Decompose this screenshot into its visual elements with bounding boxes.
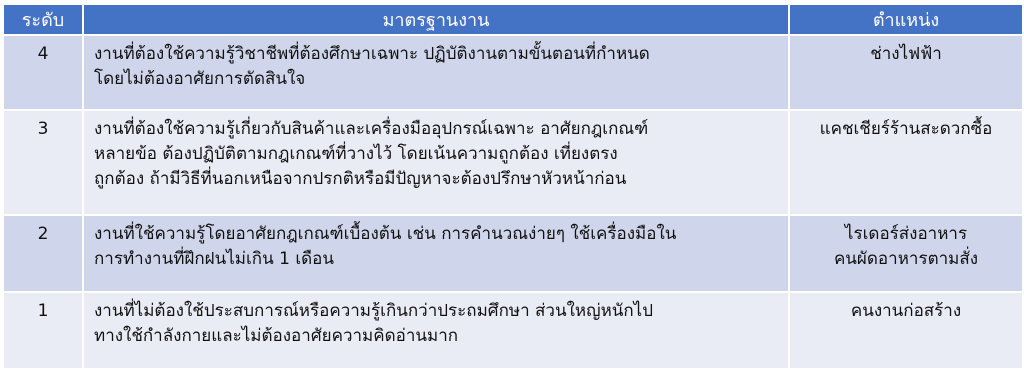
level-cell: 4 <box>3 35 83 110</box>
table-row-level-4: 4 งานที่ต้องใช้ความรู้วิชาชีพที่ต้องศึกษ… <box>3 35 1023 110</box>
standard-line: งานที่ต้องใช้ความรู้เกี่ยวกับสินค้าและเค… <box>94 117 780 142</box>
standard-cell: งานที่ไม่ต้องใช้ประสบการณ์หรือความรู้เกิ… <box>83 292 789 362</box>
header-standard: มาตรฐานงาน <box>83 4 789 35</box>
position-cell: ช่างไฟฟ้า <box>789 35 1023 110</box>
standard-line: ถูกต้อง ถ้ามีวิธีที่นอกเหนือจากปรกติหรือ… <box>94 167 780 192</box>
header-position: ตำแหน่ง <box>789 4 1023 35</box>
standard-line: งานที่ใช้ความรู้โดยอาศัยกฎเกณฑ์เบื้องต้น… <box>94 222 780 247</box>
header-level: ระดับ <box>3 4 83 35</box>
standard-line: ทางใช้กำลังกายและไม่ต้องอาศัยความคิดอ่าน… <box>94 324 780 349</box>
position-cell: แคชเชียร์ร้านสะดวกซื้อ <box>789 110 1023 215</box>
standard-line: งานที่ไม่ต้องใช้ประสบการณ์หรือความรู้เกิ… <box>94 299 780 324</box>
table-row-level-1: 1 งานที่ไม่ต้องใช้ประสบการณ์หรือความรู้เ… <box>3 292 1023 362</box>
position-line: แคชเชียร์ร้านสะดวกซื้อ <box>791 117 1021 142</box>
table-row-level-2: 2 งานที่ใช้ความรู้โดยอาศัยกฎเกณฑ์เบื้องต… <box>3 215 1023 292</box>
position-line: คนงานก่อสร้าง <box>791 299 1021 324</box>
position-cell: คนงานก่อสร้าง <box>789 292 1023 362</box>
level-cell: 2 <box>3 215 83 292</box>
standard-cell: งานที่ต้องใช้ความรู้เกี่ยวกับสินค้าและเค… <box>83 110 789 215</box>
standard-line: งานที่ต้องใช้ความรู้วิชาชีพที่ต้องศึกษาเ… <box>94 42 780 67</box>
table-row-level-3: 3 งานที่ต้องใช้ความรู้เกี่ยวกับสินค้าและ… <box>3 110 1023 215</box>
standard-cell: งานที่ใช้ความรู้โดยอาศัยกฎเกณฑ์เบื้องต้น… <box>83 215 789 292</box>
header-row: ระดับ มาตรฐานงาน ตำแหน่ง <box>3 4 1023 35</box>
level-cell: 1 <box>3 292 83 362</box>
level-cell: 3 <box>3 110 83 215</box>
standard-line: โดยไม่ต้องอาศัยการตัดสินใจ <box>94 67 780 92</box>
position-cell: ไรเดอร์ส่งอาหาร คนผัดอาหารตามสั่ง <box>789 215 1023 292</box>
position-line: คนผัดอาหารตามสั่ง <box>791 247 1021 272</box>
position-line: ไรเดอร์ส่งอาหาร <box>791 222 1021 247</box>
position-line: ช่างไฟฟ้า <box>791 42 1021 67</box>
standard-cell: งานที่ต้องใช้ความรู้วิชาชีพที่ต้องศึกษาเ… <box>83 35 789 110</box>
job-standards-table: ระดับ มาตรฐานงาน ตำแหน่ง 4 งานที่ต้องใช้… <box>2 3 1024 362</box>
standard-line: การทำงานที่ฝึกฝนไม่เกิน 1 เดือน <box>94 247 780 272</box>
standard-line: หลายข้อ ต้องปฏิบัติตามกฎเกณฑ์ที่วางไว้ โ… <box>94 142 780 167</box>
